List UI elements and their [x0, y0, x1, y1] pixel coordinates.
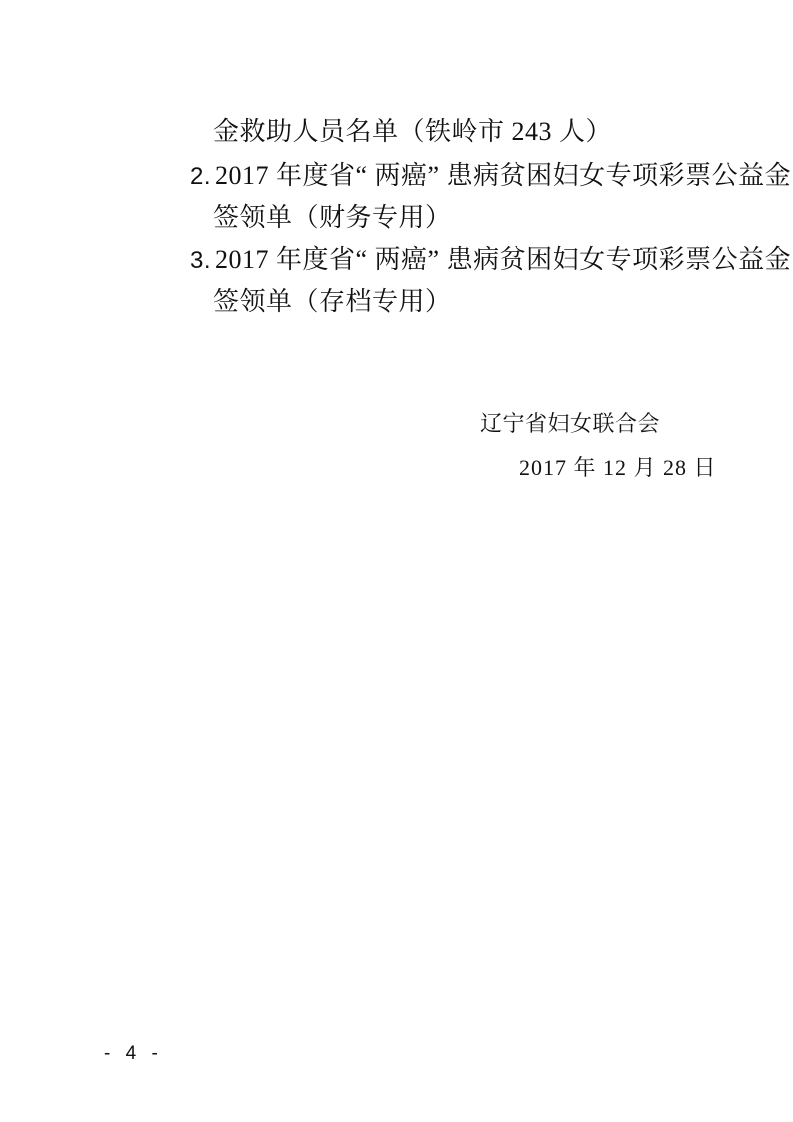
attachment-item-2-number: 2. — [190, 162, 211, 192]
attachment-item-2-title: 2017 年度省“ 两癌” 患病贫困妇女专项彩票公益金 — [215, 161, 791, 191]
attachment-item-1-continuation: 金救助人员名单（铁岭市 243 人） — [213, 117, 612, 147]
signature-organization: 辽宁省妇女联合会 — [480, 411, 660, 437]
document-page: 金救助人员名单（铁岭市 243 人） 2.2017 年度省“ 两癌” 患病贫困妇… — [0, 0, 793, 1122]
attachment-item-2-subtitle: 签领单（财务专用） — [213, 203, 452, 233]
attachment-item-3-title: 2017 年度省“ 两癌” 患病贫困妇女专项彩票公益金 — [215, 245, 791, 275]
attachment-item-2-line1: 2.2017 年度省“ 两癌” 患病贫困妇女专项彩票公益金 — [190, 161, 791, 192]
attachment-item-3-subtitle: 签领单（存档专用） — [213, 287, 452, 317]
attachment-item-3-line1: 3.2017 年度省“ 两癌” 患病贫困妇女专项彩票公益金 — [190, 245, 791, 276]
attachment-item-3-number: 3. — [190, 246, 211, 276]
page-number: - 4 - — [104, 1043, 163, 1065]
signature-date: 2017 年 12 月 28 日 — [519, 455, 717, 481]
